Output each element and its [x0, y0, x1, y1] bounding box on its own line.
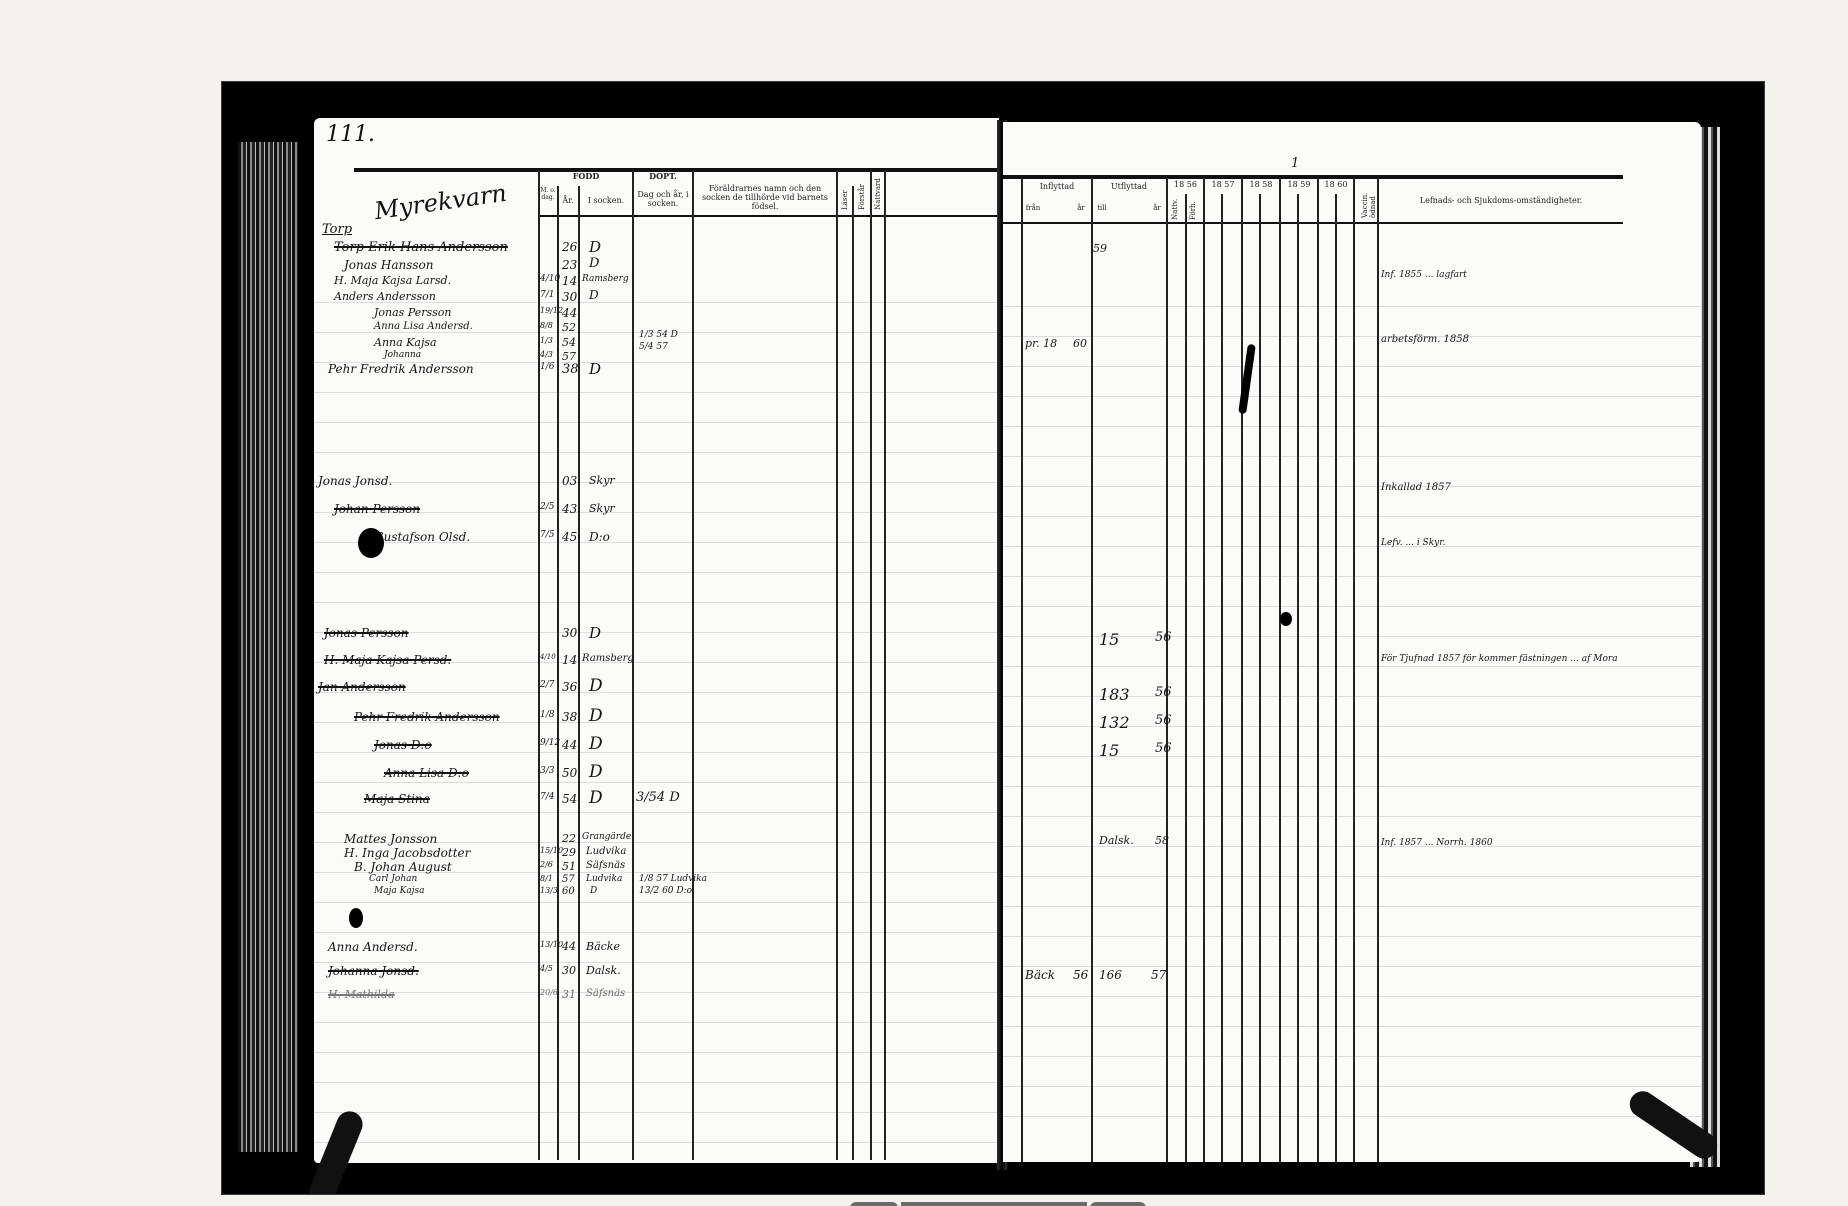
entry-year: 31 — [562, 988, 576, 1001]
move-to: 166 — [1099, 968, 1122, 982]
entry-name: Maja Kajsa — [374, 886, 424, 896]
col-line — [557, 186, 559, 1160]
col-line — [1221, 194, 1223, 1162]
dopt-note: 1/3 54 D — [639, 330, 678, 340]
entry-parish: D — [589, 676, 603, 696]
entry-parish: Ramsberg — [582, 274, 629, 284]
move-from: Bäck — [1025, 968, 1055, 982]
header-inflyttad-year: år — [1073, 204, 1089, 212]
entry-md: 8/8 — [540, 321, 553, 330]
remark: Inf. 1855 ... lagfart — [1381, 270, 1467, 280]
section-label: Torp — [322, 222, 352, 237]
entry-name: Johan Persson — [334, 502, 420, 516]
entry-md: 1/3 — [540, 336, 553, 345]
dopt-note: 3/54 D — [636, 790, 680, 805]
entry-name: H. Inga Jacobsdotter — [344, 846, 470, 860]
entry-name: Carl Johan — [369, 874, 417, 884]
entry-name: Anna Lisa Andersd. — [374, 321, 473, 332]
entry-year: 03 — [562, 474, 577, 488]
col-line — [1279, 177, 1281, 1162]
dopt-note: 5/4 57 — [639, 342, 668, 352]
entry-parish: Skyr — [589, 502, 615, 515]
entry-name: Mattes Jonsson — [344, 832, 437, 846]
move-out-year: 56 — [1155, 741, 1172, 756]
entry-parish: Ludvika — [586, 874, 622, 884]
entry-parish: Dalsk. — [586, 964, 621, 977]
entry-name: Jan Andersson — [318, 680, 406, 694]
entry-parish: D — [589, 788, 603, 808]
header-year-1860: 18 60 — [1319, 180, 1353, 189]
entry-year: 54 — [562, 792, 577, 806]
col-line — [632, 170, 634, 1160]
col-line — [1091, 177, 1093, 1162]
entry-parish: Säfsnäs — [586, 860, 625, 871]
entry-md: 19/12 — [540, 306, 563, 315]
entry-year: 36 — [562, 680, 577, 694]
page-number: 111. — [326, 122, 375, 147]
remark: Inkallad 1857 — [1381, 482, 1451, 493]
entry-name: Pehr Fredrik Andersson — [354, 710, 500, 724]
header-fodd: FÖDD — [540, 172, 632, 181]
col-line — [1241, 177, 1243, 1162]
entry-year: 60 — [562, 886, 575, 897]
col-line — [692, 170, 694, 1160]
header-inflyttad: Inflyttad — [1023, 182, 1091, 191]
col-line — [1353, 177, 1355, 1162]
entry-year: 22 — [562, 832, 576, 845]
col-line — [1166, 177, 1168, 1162]
entry-md: 7/5 — [540, 530, 554, 540]
entry-parish: D — [589, 288, 599, 302]
remark: arbetsförm. 1858 — [1381, 334, 1469, 345]
entry-name: Maja Stina — [364, 792, 430, 806]
entry-parish: D — [590, 886, 597, 896]
header-year-1856: 18 56 — [1168, 180, 1203, 189]
entry-parish: D — [589, 624, 601, 642]
col-line — [1021, 177, 1023, 1162]
entry-name: Jonas Persson — [374, 306, 452, 319]
entry-year: 57 — [562, 874, 575, 885]
entry-year: 51 — [562, 860, 576, 873]
viewer-toolbar — [850, 1202, 1146, 1206]
ruled-lines — [1003, 277, 1701, 1142]
move-to: 15 — [1099, 741, 1119, 760]
entry-parish: D:o — [589, 530, 610, 544]
header-utflyttad: Utflyttad — [1093, 182, 1165, 191]
move-in-year: 56 — [1073, 968, 1088, 982]
ink-blot — [358, 528, 384, 558]
header-top-rule — [1003, 175, 1623, 179]
page-indicator-button[interactable] — [901, 1202, 1087, 1206]
col-line — [1185, 194, 1187, 1162]
header-forstar: Förstår — [858, 180, 866, 210]
document-image-viewer[interactable]: 111. FÖDD M. o. dag. År. I socken. DÖPT.… — [221, 81, 1765, 1195]
header-laser: Läser — [841, 180, 849, 210]
ruled-lines — [314, 273, 999, 1143]
remark: För Tjufnad 1857 för kommer fästningen .… — [1381, 654, 1621, 665]
entry-name: B. Johan August — [354, 860, 452, 874]
entry-name: Pehr Fredrik Andersson — [328, 362, 474, 376]
col-line — [538, 170, 540, 1160]
header-nattv: Nattv. — [1171, 194, 1179, 220]
dopt-note: 13/2 60 D:o — [639, 886, 692, 896]
header-dopt: DÖPT. — [634, 172, 692, 181]
col-line — [1317, 177, 1319, 1162]
entry-parish: Bäcke — [586, 940, 620, 953]
entry-name: Gustafson Olsd. — [374, 530, 470, 544]
entry-name: Torp Erik Hans Andersson — [334, 240, 508, 255]
entry-parish: Ramsberg — [582, 653, 634, 664]
entry-parish: D — [589, 238, 601, 256]
header-bottom-rule — [539, 215, 999, 217]
entry-md: 8/1 — [540, 874, 553, 883]
next-page-button[interactable] — [1090, 1202, 1146, 1206]
header-year-1858: 18 58 — [1243, 180, 1279, 189]
page-mark: 1 — [1291, 156, 1299, 171]
entry-year: 38 — [562, 710, 577, 724]
entry-md: 2/7 — [540, 680, 554, 690]
col-line — [578, 186, 580, 1160]
entry-md: 1/8 — [540, 710, 554, 720]
entry-year: 30 — [562, 290, 577, 304]
header-vaccin: Vaccin. ödnad — [1361, 182, 1377, 218]
header-dopt-date: Dag och år, i socken. — [634, 190, 692, 208]
entry-md: 3/3 — [540, 766, 554, 776]
entry-year: 14 — [562, 653, 577, 667]
move-to: 183 — [1099, 685, 1130, 704]
header-md: M. o. dag. — [539, 188, 557, 202]
header-year-1859: 18 59 — [1281, 180, 1317, 189]
entry-parish: Grangärde — [582, 832, 631, 842]
entry-name: Johanna — [384, 350, 421, 360]
place-title: Myrekvarn — [373, 179, 509, 225]
entry-md: 2/6 — [540, 860, 553, 869]
dopt-note: 1/8 57 Ludvika — [639, 874, 707, 884]
entry-name: Jonas Hansson — [344, 258, 434, 272]
entry-md: 4/3 — [540, 350, 553, 359]
entry-md: 15/10 — [540, 846, 563, 855]
header-utflyttad-to: till — [1093, 204, 1111, 212]
entry-md: 7/1 — [540, 290, 554, 300]
entry-year: 30 — [562, 626, 577, 640]
header-forh: Förh. — [1189, 194, 1197, 220]
col-line — [1203, 177, 1205, 1162]
entry-name: Jonas D:o — [374, 738, 432, 752]
entry-md: 20/6 — [540, 988, 558, 997]
move-to: 15 — [1099, 630, 1119, 649]
ink-blot — [349, 908, 363, 928]
col-line — [836, 170, 838, 1160]
entry-name: Anders Andersson — [334, 290, 436, 303]
entry-md: 1/6 — [540, 362, 554, 372]
header-nattvard: Nattvard — [874, 180, 882, 210]
entry-year: 52 — [562, 321, 576, 334]
col-line — [1377, 177, 1379, 1162]
entry-md: 2/5 — [540, 502, 554, 512]
col-line — [1297, 194, 1299, 1162]
entry-year: 45 — [562, 530, 577, 544]
entry-name: Anna Andersd. — [328, 940, 418, 954]
move-out-year: 58 — [1155, 834, 1169, 847]
entry-name: H. Maja Kajsa Persd. — [324, 653, 451, 667]
entry-year: 44 — [562, 940, 576, 953]
ink-blot — [1280, 612, 1292, 626]
entry-year: 29 — [562, 846, 576, 859]
entry-year: 26 — [562, 240, 577, 254]
entry-name: Anna Kajsa — [374, 336, 437, 349]
entry-year: 44 — [562, 738, 577, 752]
entry-md: 4/10 — [540, 274, 560, 284]
entry-year: 43 — [562, 502, 577, 516]
entry-parish: D — [589, 734, 603, 754]
left-page: 111. FÖDD M. o. dag. År. I socken. DÖPT.… — [314, 118, 999, 1163]
col-line — [1259, 194, 1261, 1162]
col-line — [852, 186, 854, 1160]
move-out-year: 56 — [1155, 630, 1172, 645]
entry-year: 54 — [562, 336, 576, 349]
header-bottom-rule — [1003, 222, 1623, 224]
entry-name: H. Mathilda — [328, 988, 395, 1001]
entry-md: 4/10 — [540, 653, 556, 661]
entry-md: 13/10 — [540, 940, 563, 949]
entry-year: 38 — [562, 362, 579, 377]
entry-year: 50 — [562, 766, 577, 780]
header-socken: I socken. — [580, 196, 632, 205]
header-parents: Föräldrarnes namn och den socken de till… — [696, 184, 834, 212]
move-in-year: 60 — [1073, 337, 1087, 350]
remark: Lefv. ... i Skyr. — [1381, 538, 1445, 548]
entry-parish: Ludvika — [586, 846, 626, 857]
entry-md: 7/4 — [540, 792, 554, 802]
col-line — [884, 170, 886, 1160]
entry-parish: D — [589, 256, 599, 271]
entry-year: 23 — [562, 258, 577, 272]
header-year-1857: 18 57 — [1205, 180, 1241, 189]
entry-year: 44 — [562, 306, 577, 320]
entry-year: 30 — [562, 964, 576, 977]
move-to: Dalsk. — [1099, 834, 1134, 847]
col-line — [1335, 194, 1337, 1162]
entry-parish: Säfsnäs — [586, 988, 625, 999]
header-ar: År. — [558, 196, 578, 205]
move-from: pr. 18 — [1025, 337, 1057, 350]
book-page-edges-left — [238, 142, 298, 1152]
entry-name: H. Maja Kajsa Larsd. — [334, 274, 451, 287]
entry-parish: D — [589, 360, 601, 378]
previous-page-button[interactable] — [850, 1202, 898, 1206]
header-inflyttad-from: från — [1023, 204, 1043, 212]
move-in-year: 59 — [1093, 242, 1107, 255]
right-page: 1 Inflyttad från år Utflyttad till år 18… — [1003, 122, 1701, 1162]
header-remarks: Lefnads- och Sjukdoms-omständigheter. — [1379, 196, 1623, 205]
entry-year: 14 — [562, 274, 577, 288]
entry-name: Anna Lisa D:o — [384, 766, 469, 780]
entry-parish: D — [589, 762, 603, 782]
entry-name: Johanna Jonsd. — [328, 964, 419, 978]
entry-parish: D — [589, 706, 603, 726]
remark: Inf. 1857 ... Norrh. 1860 — [1381, 838, 1493, 848]
entry-name: Jonas Persson — [324, 626, 409, 640]
move-out-year: 56 — [1155, 713, 1172, 728]
entry-parish: Skyr — [589, 474, 615, 487]
col-line — [870, 170, 872, 1160]
move-out-year: 56 — [1155, 685, 1172, 700]
entry-md: 13/3 — [540, 886, 558, 895]
entry-md: 9/12 — [540, 738, 560, 748]
move-out-year: 57 — [1151, 968, 1166, 982]
header-utflyttad-year: år — [1149, 204, 1165, 212]
entry-name: Jonas Jonsd. — [318, 474, 392, 488]
entry-md: 4/5 — [540, 964, 553, 973]
move-to: 132 — [1099, 713, 1130, 732]
